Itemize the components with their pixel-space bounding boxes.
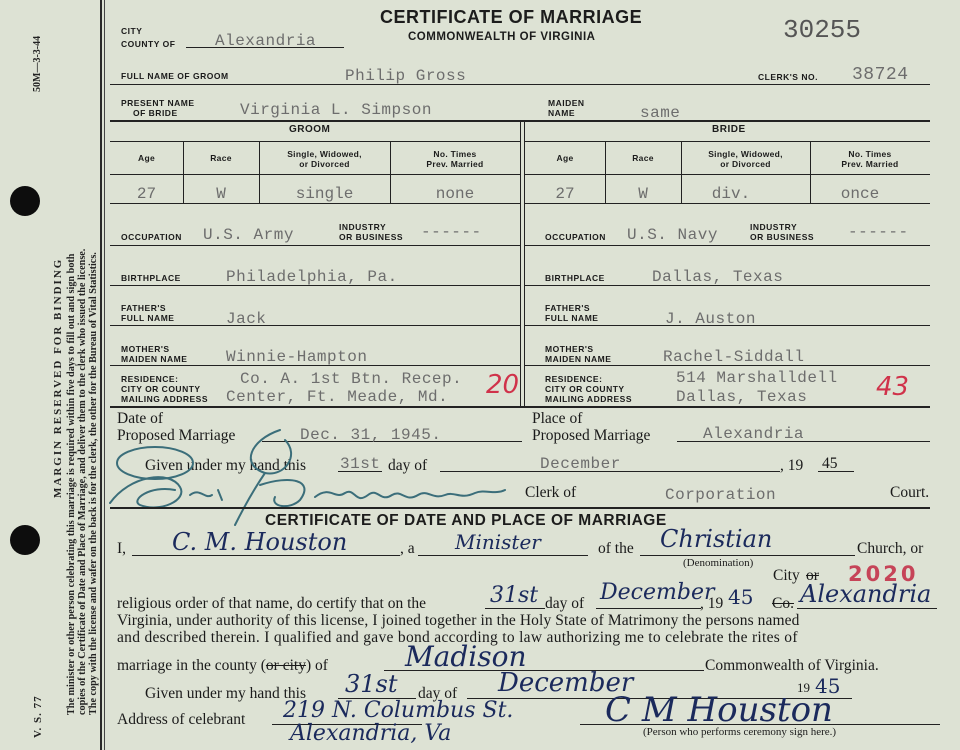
column-divider (520, 120, 521, 406)
groom-residence-label-2: City or County (121, 385, 201, 394)
address-label: Address of celebrant (117, 711, 245, 729)
rule (110, 174, 520, 175)
groom-status: single (259, 185, 390, 203)
stamp-number: 30255 (783, 15, 861, 45)
cert-given-label: Given under my hand this (145, 685, 306, 703)
county-value: Alexandria (215, 32, 316, 50)
bride-mother: Rachel-Siddall (663, 348, 804, 366)
header-line: Prev. Married (810, 159, 930, 169)
form-number: 50M—3-3-44 (32, 36, 43, 92)
place-label-1: Place of (532, 410, 582, 428)
punch-hole-top (10, 186, 40, 216)
groom-industry-label-1: Industry (339, 223, 386, 232)
clerk-of-label: Clerk of (525, 484, 576, 502)
groom-red-code: 20 (486, 370, 519, 400)
cert-line-5-prefix: marriage in the county (or city) of (117, 657, 328, 675)
denomination-underline (640, 555, 855, 556)
instruction-line-3: The copy with the license and wafer on t… (88, 252, 99, 715)
groom-father-label-2: Full Name (121, 314, 174, 323)
groom-mother: Winnie-Hampton (226, 348, 367, 366)
header-line: or Divorced (259, 159, 390, 169)
bride-race-header: Race (605, 153, 681, 163)
bride-age-header: Age (525, 153, 605, 163)
bride-residence-line-1: 514 Marshalldell (676, 369, 838, 387)
bride-status-header: Single, Widowed, or Divorced (681, 149, 810, 169)
header-line: or Divorced (681, 159, 810, 169)
struck-city: or city (266, 657, 306, 674)
header-line: Prev. Married (390, 159, 520, 169)
rule (110, 507, 930, 509)
groom-times-header: No. Times Prev. Married (390, 149, 520, 169)
bride-present-name-label-1: Present Name (121, 99, 195, 108)
bride-residence-label-3: Mailing Address (545, 395, 632, 404)
instruction-line-2: copies of the Certificate of Date and Pl… (77, 249, 88, 715)
rule (525, 245, 930, 246)
role-underline (418, 555, 588, 556)
bride-father-label-2: Full Name (545, 314, 598, 323)
groom-occupation: U.S. Army (203, 226, 294, 244)
bride-times-header: No. Times Prev. Married (810, 149, 930, 169)
bride-present-name-label-2: of Bride (133, 109, 178, 118)
groom-times-married: none (390, 185, 520, 203)
groom-industry-label-2: or Business (339, 233, 403, 242)
instruction-line-1: The minister or other person celebrating… (66, 254, 77, 715)
groom-race: W (183, 185, 259, 203)
place-label-2: Proposed Marriage (532, 427, 650, 445)
cert-year-prefix: , 19 (700, 595, 723, 613)
cert-line-2-prefix: religious order of that name, do certify… (117, 595, 426, 613)
cert-given-day: 31st (345, 670, 398, 698)
rule (110, 245, 520, 246)
court-value: Corporation (665, 486, 776, 504)
groom-status-header: Single, Widowed, or Divorced (259, 149, 390, 169)
groom-residence-line-2: Center, Ft. Meade, Md. (226, 388, 448, 406)
celebrant-signature: C M Houston (605, 690, 833, 730)
rule (525, 325, 930, 326)
maiden-name-label-1: Maiden (548, 99, 585, 108)
margin-reserved-label: MARGIN RESERVED FOR BINDING (52, 258, 64, 498)
header-line: No. Times (810, 149, 930, 159)
bride-residence-label-2: City or County (545, 385, 625, 394)
groom-name-value: Philip Gross (345, 67, 466, 85)
signature-caption: (Person who performs ceremony sign here.… (643, 726, 836, 738)
header-line: Single, Widowed, (681, 149, 810, 159)
rule (110, 325, 520, 326)
marriage-certificate: 50M—3-3-44 V. S. 77 MARGIN RESERVED FOR … (0, 0, 960, 750)
cert-month: December (600, 580, 714, 605)
binding-margin: 50M—3-3-44 V. S. 77 MARGIN RESERVED FOR … (0, 0, 104, 750)
rule (110, 285, 520, 286)
form-code: V. S. 77 (32, 695, 44, 738)
city-label: City (121, 27, 142, 36)
header-line: No. Times (390, 149, 520, 159)
county-prefix: marriage in the county ( (117, 657, 266, 674)
maiden-name-label-2: Name (548, 109, 575, 118)
groom-residence-line-1: Co. A. 1st Btn. Recep. (240, 370, 462, 388)
county-of: ) of (306, 657, 328, 674)
bride-present-name-value: Virginia L. Simpson (240, 101, 432, 119)
groom-mother-label-1: Mother's (121, 345, 170, 354)
cert-day: 31st (490, 583, 538, 608)
celebrant-name: C. M. Houston (172, 528, 347, 556)
denomination-caption: (Denomination) (683, 557, 753, 569)
city-label-2: City (773, 567, 800, 585)
clerk-no-label: Clerk's No. (758, 73, 818, 82)
bride-race: W (605, 185, 681, 203)
groom-name-label: Full Name of Groom (121, 72, 229, 81)
cert-place: Alexandria (800, 580, 931, 608)
license-year-prefix: , 19 (780, 457, 803, 475)
rule (525, 141, 930, 142)
certificate-subtitle: COMMONWEALTH OF VIRGINIA (408, 31, 595, 43)
denomination-value: Christian (660, 525, 772, 553)
rule (110, 406, 930, 408)
cert-place-underline (797, 608, 937, 609)
bride-industry-label-2: or Business (750, 233, 814, 242)
clerk-no-value: 38724 (852, 65, 909, 85)
rule (525, 285, 930, 286)
cert-year: 45 (728, 585, 753, 609)
court-label: Court. (890, 484, 929, 502)
proposed-place-value: Alexandria (703, 425, 804, 443)
groom-age-header: Age (110, 153, 183, 163)
groom-mother-label-2: Maiden Name (121, 355, 187, 364)
groom-father-label-1: Father's (121, 304, 166, 313)
groom-industry: ------ (421, 223, 482, 241)
bride-age: 27 (525, 185, 605, 203)
bride-mother-label-1: Mother's (545, 345, 594, 354)
bride-occupation: U.S. Navy (627, 226, 718, 244)
groom-birthplace-label: Birthplace (121, 274, 181, 283)
bride-mother-label-2: Maiden Name (545, 355, 611, 364)
bride-industry: ------ (848, 223, 909, 241)
punch-hole-bottom (10, 525, 40, 555)
cert-day-underline (485, 608, 545, 609)
rule (525, 365, 930, 366)
church-or-label: Church, or (857, 540, 923, 558)
rule (110, 84, 930, 85)
certificate-title: CERTIFICATE OF MARRIAGE (380, 7, 642, 28)
celebrant-address-line-2: Alexandria, Va (290, 721, 451, 746)
rule (525, 203, 930, 204)
cert-month-underline (596, 608, 701, 609)
groom-birthplace: Philadelphia, Pa. (226, 268, 398, 286)
groom-heading: GROOM (289, 124, 330, 135)
license-given-year: 45 (822, 455, 838, 473)
groom-age: 27 (110, 185, 183, 203)
cert-line-3: Virginia, under authority of this licens… (117, 612, 800, 630)
rule (110, 365, 520, 366)
margin-rule-inner (104, 0, 105, 750)
bride-occupation-label: Occupation (545, 233, 606, 242)
of-the-label: of the (598, 540, 634, 558)
bride-status: div. (681, 185, 781, 203)
celebrant-address-line-1: 219 N. Columbus St. (283, 698, 513, 723)
bride-father-label-1: Father's (545, 304, 590, 313)
groom-occupation-label: Occupation (121, 233, 182, 242)
county-label: County of (121, 40, 175, 49)
i-label: I, (117, 540, 126, 558)
cert-day-of-label: day of (545, 595, 584, 613)
bride-birthplace-label: Birthplace (545, 274, 605, 283)
rule (110, 203, 520, 204)
bride-times-married: once (810, 185, 910, 203)
margin-rule (100, 0, 102, 750)
bride-industry-label-1: Industry (750, 223, 797, 232)
celebrant-role: Minister (455, 530, 541, 554)
bride-heading: BRIDE (712, 124, 746, 135)
struck-co: Co. (772, 595, 794, 613)
commonwealth-label: Commonwealth of Virginia. (705, 657, 879, 675)
groom-residence-label-1: Residence: (121, 375, 178, 384)
bride-red-code: 43 (876, 372, 909, 402)
bride-birthplace: Dallas, Texas (652, 268, 783, 286)
groom-race-header: Race (183, 153, 259, 163)
bride-residence-line-2: Dallas, Texas (676, 388, 807, 406)
rule (525, 174, 930, 175)
license-given-month: December (540, 455, 621, 473)
a-label: , a (400, 540, 415, 558)
rule (110, 141, 520, 142)
groom-residence-label-3: Mailing Address (121, 395, 208, 404)
header-line: Single, Widowed, (259, 149, 390, 159)
bride-residence-label-1: Residence: (545, 375, 602, 384)
